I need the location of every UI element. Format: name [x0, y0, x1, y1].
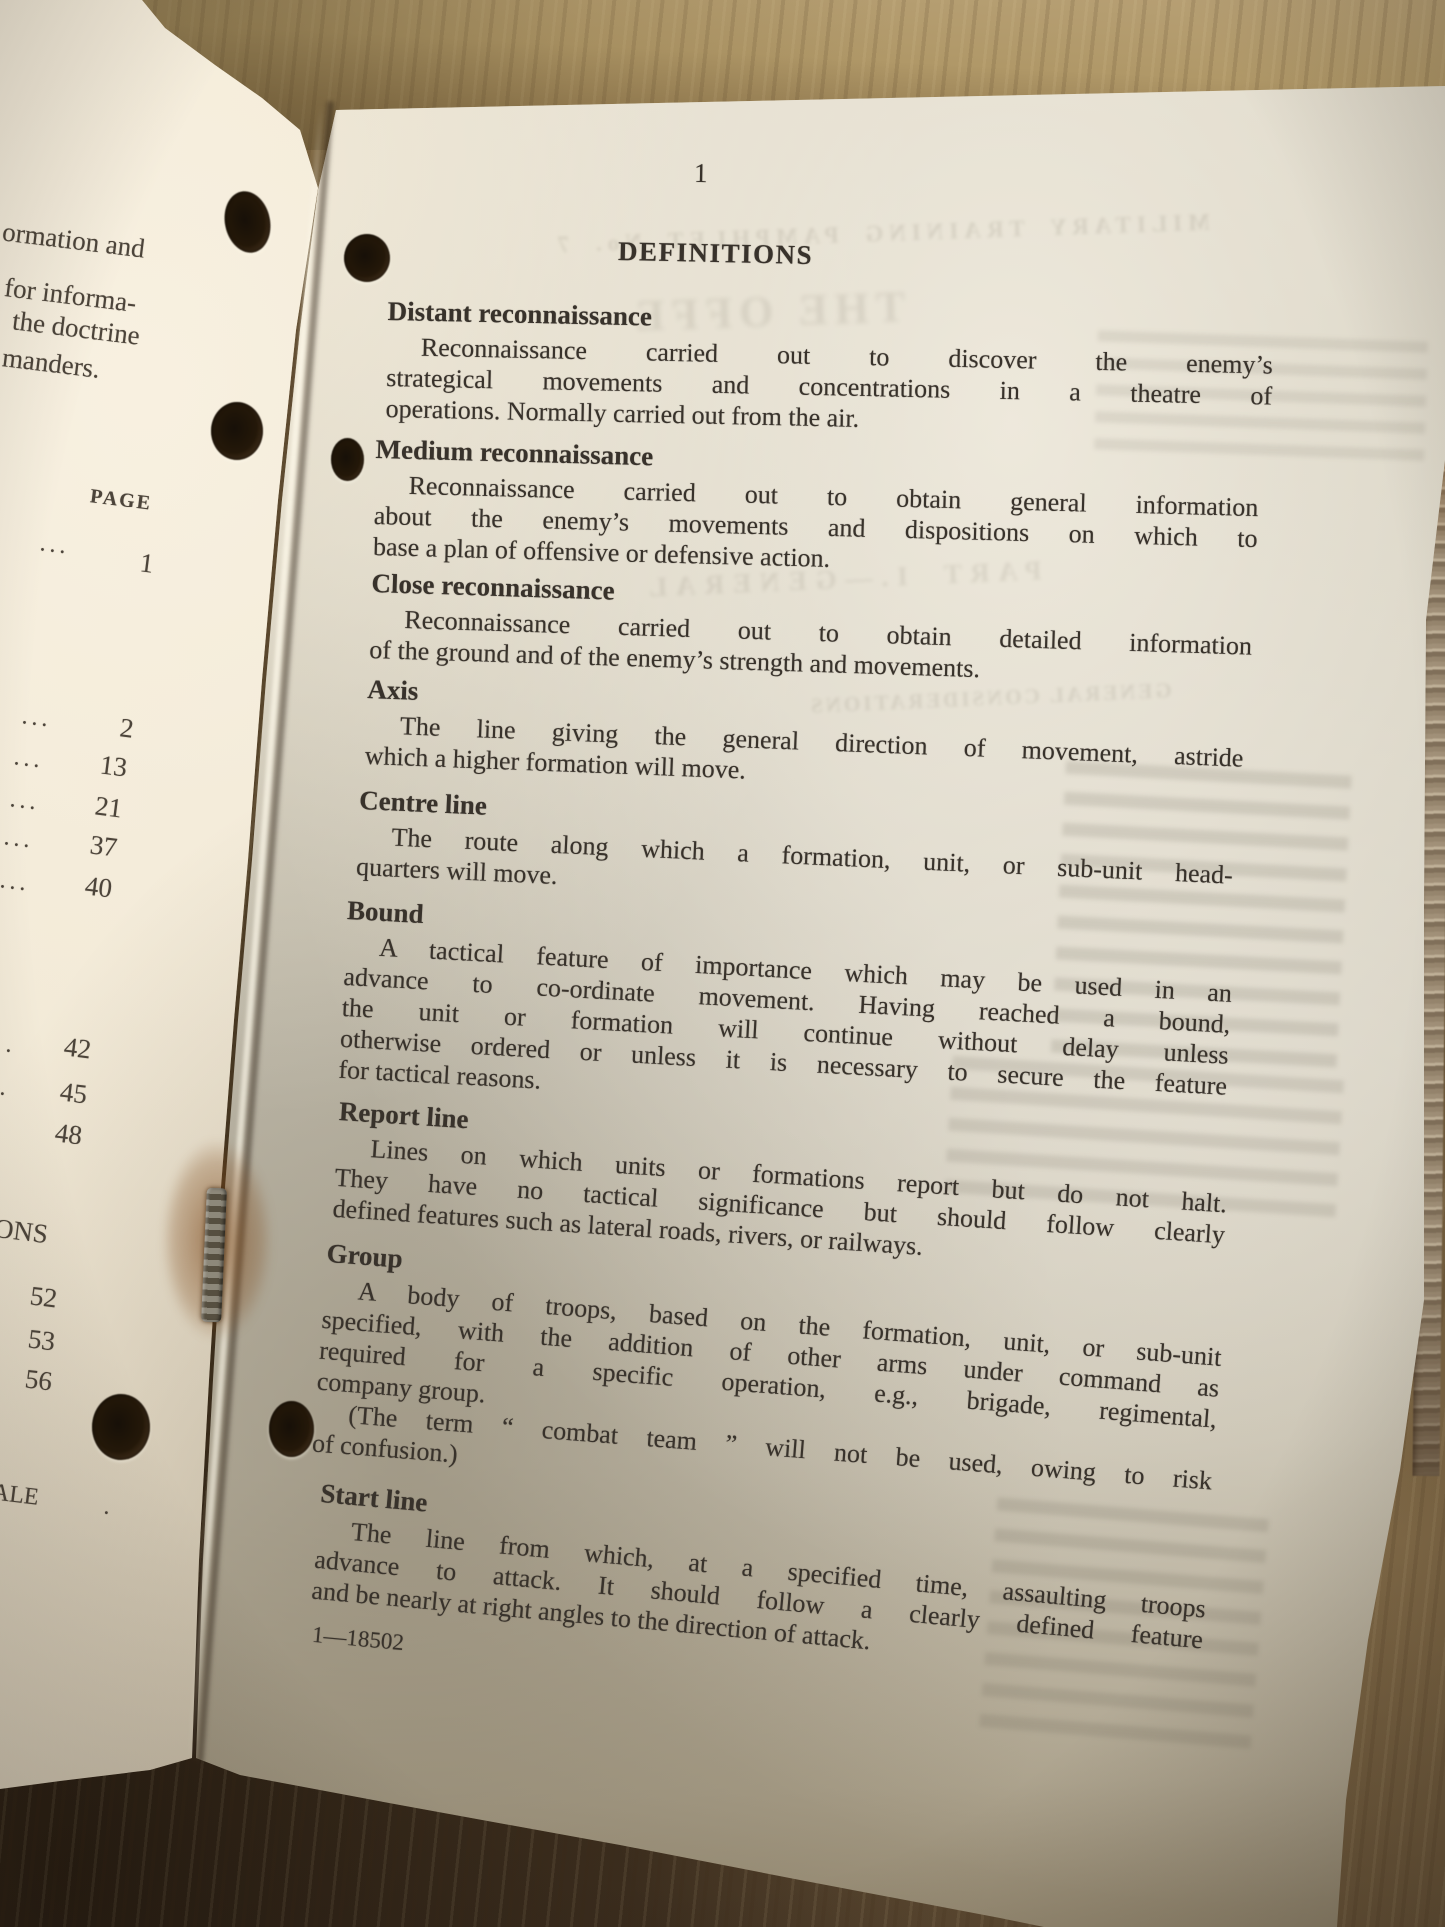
left-page-fragment: 40: [83, 870, 114, 904]
definition-section: Distant reconnaissanceReconnaissance car…: [385, 296, 1273, 443]
printer-code: 1—18502: [311, 1622, 405, 1656]
definition-section: GroupA body of troops, based on the form…: [311, 1238, 1225, 1527]
left-page-fragment: 13: [98, 749, 129, 783]
left-page-fragment: ALE: [0, 1479, 40, 1511]
left-page-fragment: 53: [26, 1323, 57, 1357]
left-page-fragment: 56: [23, 1363, 54, 1397]
definition-paragraph: Reconnaissance carried out to discover t…: [385, 331, 1273, 443]
left-page-fragment: ...: [20, 703, 53, 733]
left-page-fragment: 52: [28, 1280, 59, 1314]
page-title: DEFINITIONS: [618, 236, 814, 271]
left-page-fragment: PAGE: [89, 485, 153, 515]
definition-paragraph: Reconnaissance carried out to obtain gen…: [373, 469, 1259, 585]
left-page-fragment: 45: [58, 1076, 89, 1110]
left-page-fragment: 21: [93, 790, 124, 824]
page-number: 1: [694, 158, 708, 189]
left-page-fragment: 48: [53, 1117, 84, 1151]
definition-section: BoundA tactical feature of importance wh…: [338, 895, 1235, 1133]
left-page-fragment: ...: [12, 744, 45, 774]
definition-section: AxisThe line giving the general directio…: [364, 674, 1245, 805]
left-page-fragment: .: [4, 1031, 17, 1059]
definition-section: Close reconnaissanceReconnaissance carri…: [369, 568, 1254, 693]
left-page-fragment: ...: [2, 824, 35, 854]
left-page-fragment: ONS: [0, 1213, 50, 1250]
photo-of-open-manual: { "page": { "number": "1", "title": "DEF…: [0, 0, 1445, 1927]
left-page-fragment: manders.: [0, 342, 101, 385]
left-page-fragment: 37: [88, 829, 119, 863]
left-page-fragment: ...: [38, 530, 71, 560]
left-page-fragment: ...: [8, 786, 41, 816]
punch-hole: [211, 402, 263, 460]
left-page-fragment: 42: [62, 1031, 93, 1065]
punch-hole: [331, 438, 364, 481]
left-page-fragment: .: [102, 1493, 115, 1521]
left-page-fragment: 1: [138, 547, 155, 579]
definition-section: Medium reconnaissanceReconnaissance carr…: [373, 434, 1260, 585]
punch-hole: [344, 234, 390, 282]
left-page-fragment: ormation and: [1, 216, 147, 264]
punch-hole: [269, 1401, 314, 1457]
punch-hole: [92, 1394, 150, 1460]
left-page-fragment: 2: [118, 712, 135, 744]
left-page-fragment: ...: [0, 867, 32, 897]
definition-section: Centre lineThe route along which a forma…: [356, 785, 1235, 922]
left-page-fragment: .: [0, 1074, 12, 1102]
